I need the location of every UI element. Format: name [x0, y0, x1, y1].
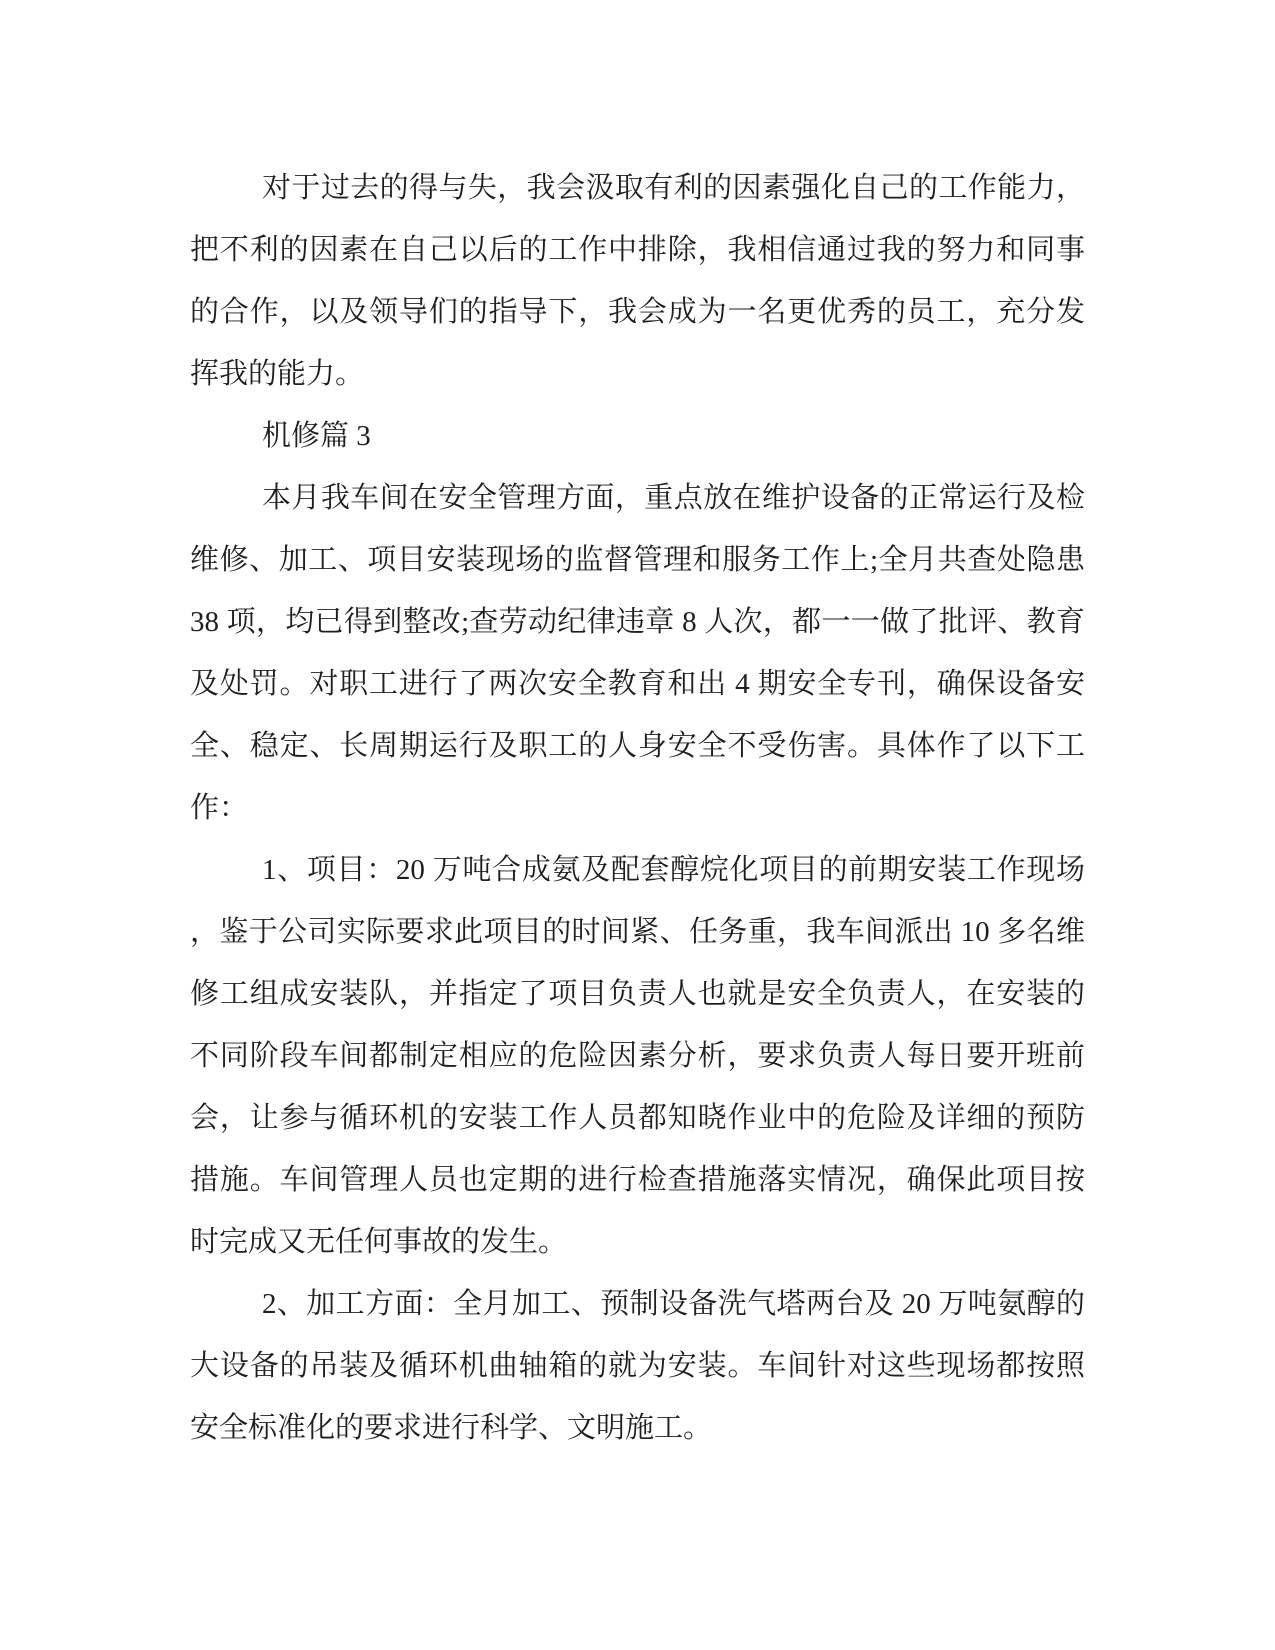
- text-line: 全、稳定、长周期运行及职工的人身安全不受伤害。具体作了以下工: [190, 715, 1085, 777]
- paragraph-item-1-project: 1、项目：20 万吨合成氨及配套醇烷化项目的前期安装工作现场，鉴于公司实际要求此…: [190, 839, 1085, 1273]
- text-line: 38 项，均已得到整改;查劳动纪律违章 8 人次，都一一做了批评、教育: [190, 591, 1085, 653]
- section-heading: 机修篇 3: [190, 405, 1085, 467]
- text-line: 大设备的吊装及循环机曲轴箱的就为安装。车间针对这些现场都按照: [190, 1335, 1085, 1397]
- text-line: 对于过去的得与失，我会汲取有利的因素强化自己的工作能力，: [190, 157, 1085, 219]
- text-line: 措施。车间管理人员也定期的进行检查措施落实情况，确保此项目按: [190, 1149, 1085, 1211]
- text-line: 作：: [190, 777, 1085, 839]
- paragraph-reflection: 对于过去的得与失，我会汲取有利的因素强化自己的工作能力，把不利的因素在自己以后的…: [190, 157, 1085, 405]
- text-line: 修工组成安装队，并指定了项目负责人也就是安全负责人，在安装的: [190, 963, 1085, 1025]
- text-line: 把不利的因素在自己以后的工作中排除，我相信通过我的努力和同事: [190, 219, 1085, 281]
- text-line: 本月我车间在安全管理方面，重点放在维护设备的正常运行及检: [190, 467, 1085, 529]
- text-line: 2、加工方面：全月加工、预制设备洗气塔两台及 20 万吨氨醇的: [190, 1273, 1085, 1335]
- text-line: 挥我的能力。: [190, 343, 1085, 405]
- text-line: 的合作，以及领导们的指导下，我会成为一名更优秀的员工，充分发: [190, 281, 1085, 343]
- text-line: 会，让参与循环机的安装工作人员都知晓作业中的危险及详细的预防: [190, 1087, 1085, 1149]
- text-line: 安全标准化的要求进行科学、文明施工。: [190, 1397, 1085, 1459]
- text-line: 1、项目：20 万吨合成氨及配套醇烷化项目的前期安装工作现场: [190, 839, 1085, 901]
- text-line: 时完成又无任何事故的发生。: [190, 1211, 1085, 1273]
- paragraph-safety-overview: 本月我车间在安全管理方面，重点放在维护设备的正常运行及检维修、加工、项目安装现场…: [190, 467, 1085, 839]
- document-page: 对于过去的得与失，我会汲取有利的因素强化自己的工作能力，把不利的因素在自己以后的…: [0, 0, 1275, 1650]
- text-line: ，鉴于公司实际要求此项目的时间紧、任务重，我车间派出 10 多名维: [190, 901, 1085, 963]
- text-line: 不同阶段车间都制定相应的危险因素分析，要求负责人每日要开班前: [190, 1025, 1085, 1087]
- text-line: 及处罚。对职工进行了两次安全教育和出 4 期安全专刊，确保设备安: [190, 653, 1085, 715]
- text-line: 机修篇 3: [190, 405, 1085, 467]
- paragraph-item-2-processing: 2、加工方面：全月加工、预制设备洗气塔两台及 20 万吨氨醇的大设备的吊装及循环…: [190, 1273, 1085, 1459]
- text-line: 维修、加工、项目安装现场的监督管理和服务工作上;全月共查处隐患: [190, 529, 1085, 591]
- document-text: 对于过去的得与失，我会汲取有利的因素强化自己的工作能力，把不利的因素在自己以后的…: [190, 157, 1085, 1459]
